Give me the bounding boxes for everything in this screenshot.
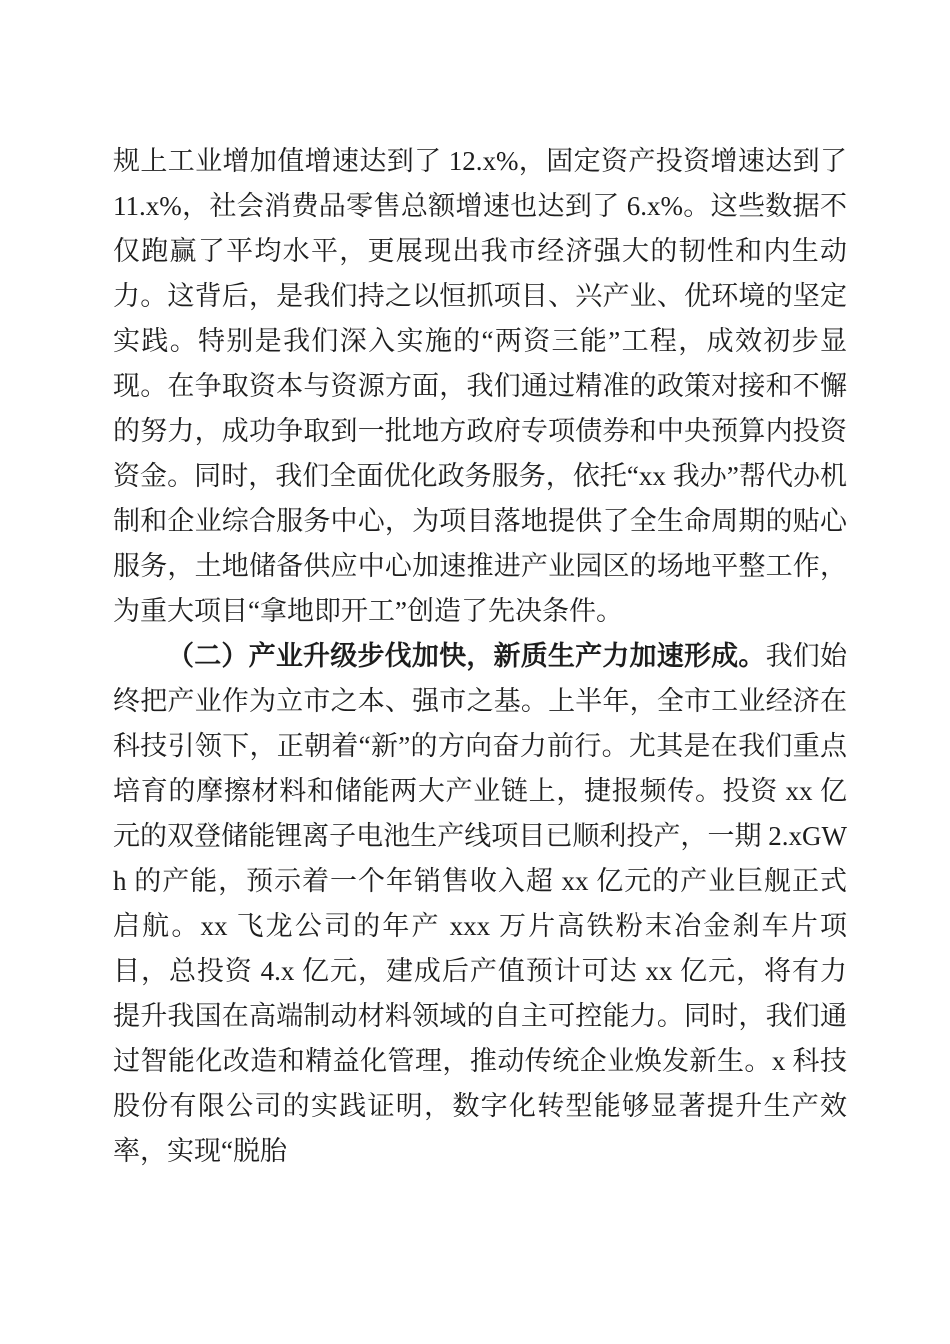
- section-heading: （二）产业升级步伐加快，新质生产力加速形成。: [167, 641, 766, 671]
- paragraph-text: 我们始终把产业作为立市之本、强市之基。上半年，全市工业经济在科技引领下，正朝着“…: [113, 641, 847, 1166]
- body-paragraph-section-2: （二）产业升级步伐加快，新质生产力加速形成。我们始终把产业作为立市之本、强市之基…: [113, 634, 847, 1174]
- document-page: 规上工业增加值增速达到了 12.x%，固定资产投资增速达到了 11.x%，社会消…: [0, 0, 950, 1344]
- paragraph-text: 规上工业增加值增速达到了 12.x%，固定资产投资增速达到了 11.x%，社会消…: [113, 146, 847, 626]
- body-paragraph-continuation: 规上工业增加值增速达到了 12.x%，固定资产投资增速达到了 11.x%，社会消…: [113, 139, 847, 634]
